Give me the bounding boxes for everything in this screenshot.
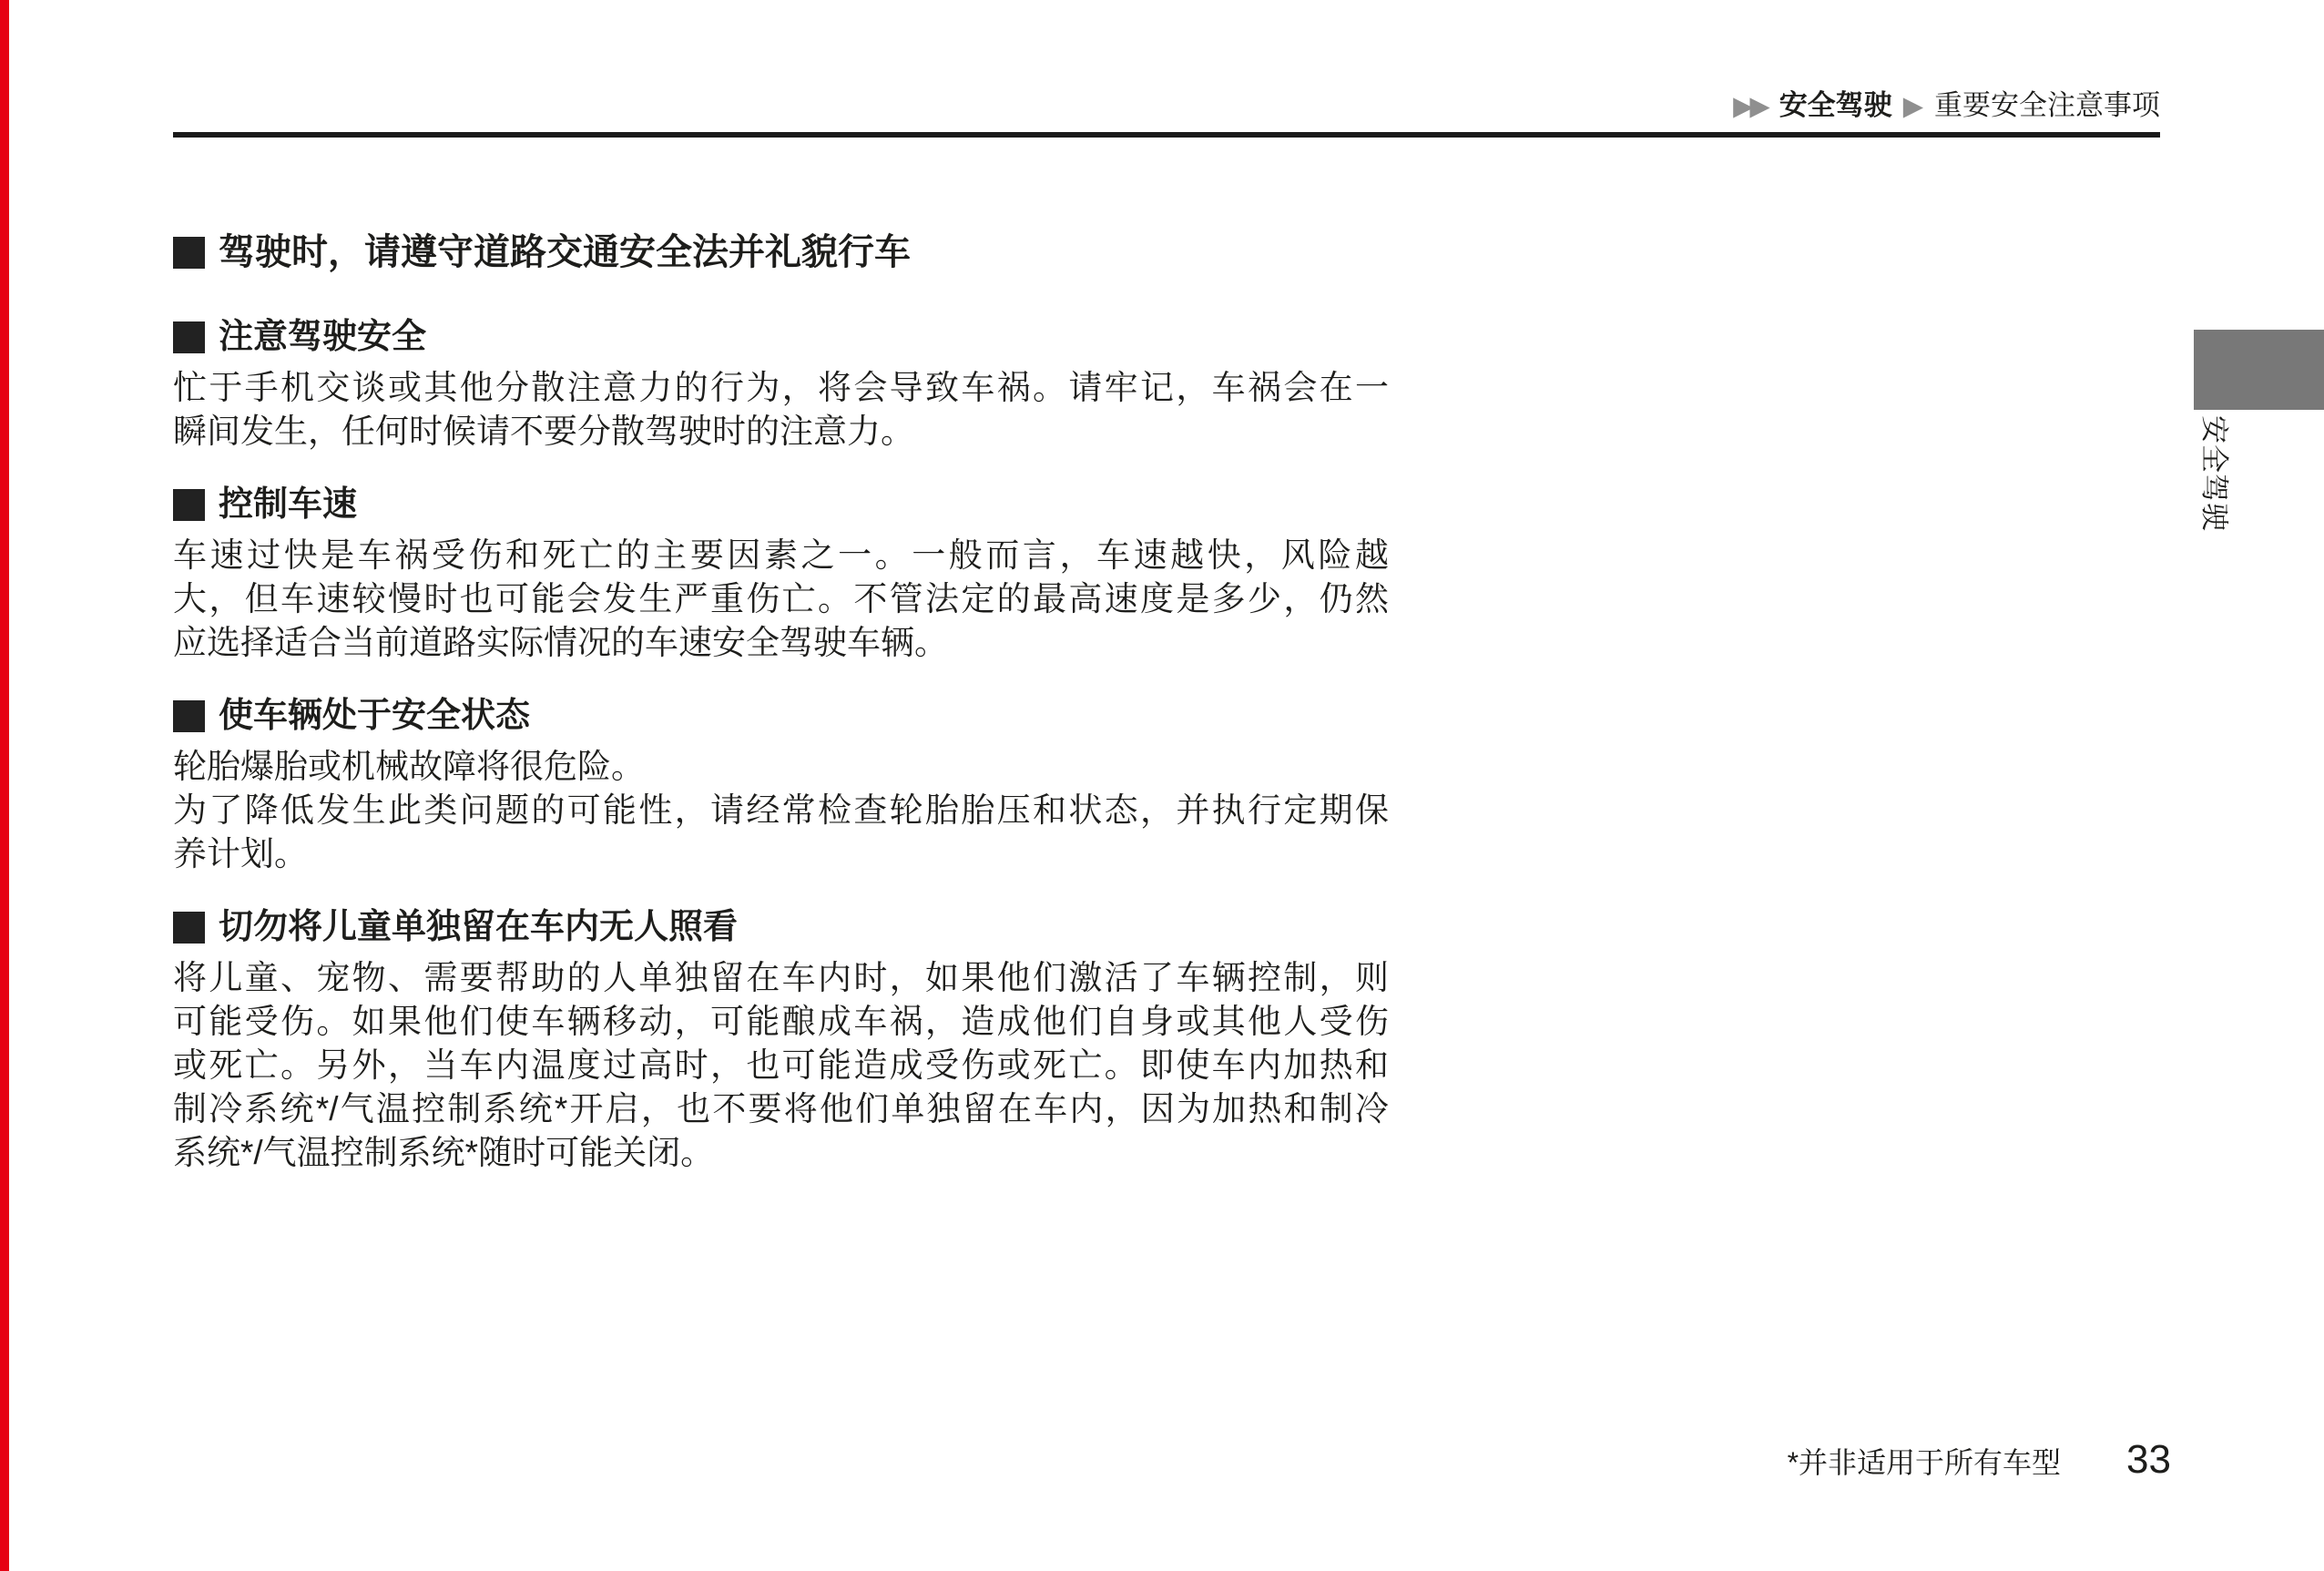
section-body: 轮胎爆胎或机械故障将很危险。 为了降低发生此类问题的可能性，请经常检查轮胎胎压和… [173, 745, 1389, 876]
section-heading-text: 注意驾驶安全 [219, 317, 426, 357]
section-body: 将儿童、宠物、需要帮助的人单独留在车内时，如果他们激活了车辆控制，则 可能受伤。… [173, 956, 1389, 1175]
body-line: 养计划。 [173, 832, 1389, 876]
bullet-square-icon [173, 237, 205, 269]
section-tab [2194, 330, 2324, 410]
section-vehicle-safe-condition: 使车辆处于安全状态 轮胎爆胎或机械故障将很危险。 为了降低发生此类问题的可能性，… [173, 696, 1389, 876]
bullet-square-icon [173, 700, 205, 732]
section-heading: 注意驾驶安全 [173, 317, 1389, 357]
body-line: 为了降低发生此类问题的可能性，请经常检查轮胎胎压和状态，并执行定期保 [173, 789, 1389, 832]
body-line: 轮胎爆胎或机械故障将很危险。 [173, 745, 1389, 789]
section-speed-control: 控制车速 车速过快是车祸受伤和死亡的主要因素之一。一般而言，车速越快，风险越 大… [173, 485, 1389, 665]
breadcrumb-subsection: 重要安全注意事项 [1934, 89, 2160, 121]
body-line: 或死亡。另外，当车内温度过高时，也可能造成受伤或死亡。即使车内加热和 [173, 1044, 1389, 1087]
bullet-square-icon [173, 912, 205, 944]
body-line: 车速过快是车祸受伤和死亡的主要因素之一。一般而言，车速越快，风险越 [173, 534, 1389, 577]
body-line: 应选择适合当前道路实际情况的车速安全驾驶车辆。 [173, 621, 1389, 665]
page-edge-stripe [0, 0, 9, 1571]
page-footer: *并非适用于所有车型 33 [1788, 1437, 2171, 1483]
body-line: 可能受伤。如果他们使车辆移动，可能酿成车祸，造成他们自身或其他人受伤 [173, 1000, 1389, 1044]
body-line: 制冷系统*/气温控制系统*开启，也不要将他们单独留在车内，因为加热和制冷 [173, 1087, 1389, 1131]
section-body: 车速过快是车祸受伤和死亡的主要因素之一。一般而言，车速越快，风险越 大，但车速较… [173, 534, 1389, 665]
manual-page: ▶▶安全驾驶▶重要安全注意事项 驾驶时，请遵守道路交通安全法并礼貌行车 注意驾驶… [0, 0, 2324, 1571]
section-heading-text: 使车辆处于安全状态 [219, 696, 530, 736]
body-line: 将儿童、宠物、需要帮助的人单独留在车内时，如果他们激活了车辆控制，则 [173, 956, 1389, 1000]
section-heading: 使车辆处于安全状态 [173, 696, 1389, 736]
section-body: 忙于手机交谈或其他分散注意力的行为，将会导致车祸。请牢记，车祸会在一 瞬间发生，… [173, 366, 1389, 454]
arrow-icon: ▶ [1903, 92, 1923, 121]
section-children-unattended: 切勿将儿童单独留在车内无人照看 将儿童、宠物、需要帮助的人单独留在车内时，如果他… [173, 907, 1389, 1175]
body-line: 大，但车速较慢时也可能会发生严重伤亡。不管法定的最高速度是多少，仍然 [173, 577, 1389, 621]
bullet-square-icon [173, 321, 205, 353]
section-heading-text: 控制车速 [219, 485, 357, 525]
main-heading: 驾驶时，请遵守道路交通安全法并礼貌行车 [173, 231, 1389, 273]
breadcrumb-section: 安全驾驶 [1779, 89, 1892, 121]
section-heading-text: 切勿将儿童单独留在车内无人照看 [219, 907, 738, 947]
page-number: 33 [2126, 1437, 2171, 1483]
section-heading: 切勿将儿童单独留在车内无人照看 [173, 907, 1389, 947]
body-line: 瞬间发生，任何时候请不要分散驾驶时的注意力。 [173, 410, 1389, 454]
section-attention-driving-safety: 注意驾驶安全 忙于手机交谈或其他分散注意力的行为，将会导致车祸。请牢记，车祸会在… [173, 317, 1389, 454]
main-heading-text: 驾驶时，请遵守道路交通安全法并礼貌行车 [219, 231, 911, 273]
body-line: 系统*/气温控制系统*随时可能关闭。 [173, 1131, 1389, 1175]
page-content: 驾驶时，请遵守道路交通安全法并礼貌行车 注意驾驶安全 忙于手机交谈或其他分散注意… [173, 231, 1389, 1175]
section-heading: 控制车速 [173, 485, 1389, 525]
double-arrow-icon: ▶▶ [1733, 92, 1767, 121]
section-tab-label: 安全驾驶 [2197, 415, 2237, 552]
body-line: 忙于手机交谈或其他分散注意力的行为，将会导致车祸。请牢记，车祸会在一 [173, 366, 1389, 410]
bullet-square-icon [173, 489, 205, 521]
footnote: *并非适用于所有车型 [1788, 1440, 2061, 1482]
breadcrumb: ▶▶安全驾驶▶重要安全注意事项 [173, 87, 2160, 138]
